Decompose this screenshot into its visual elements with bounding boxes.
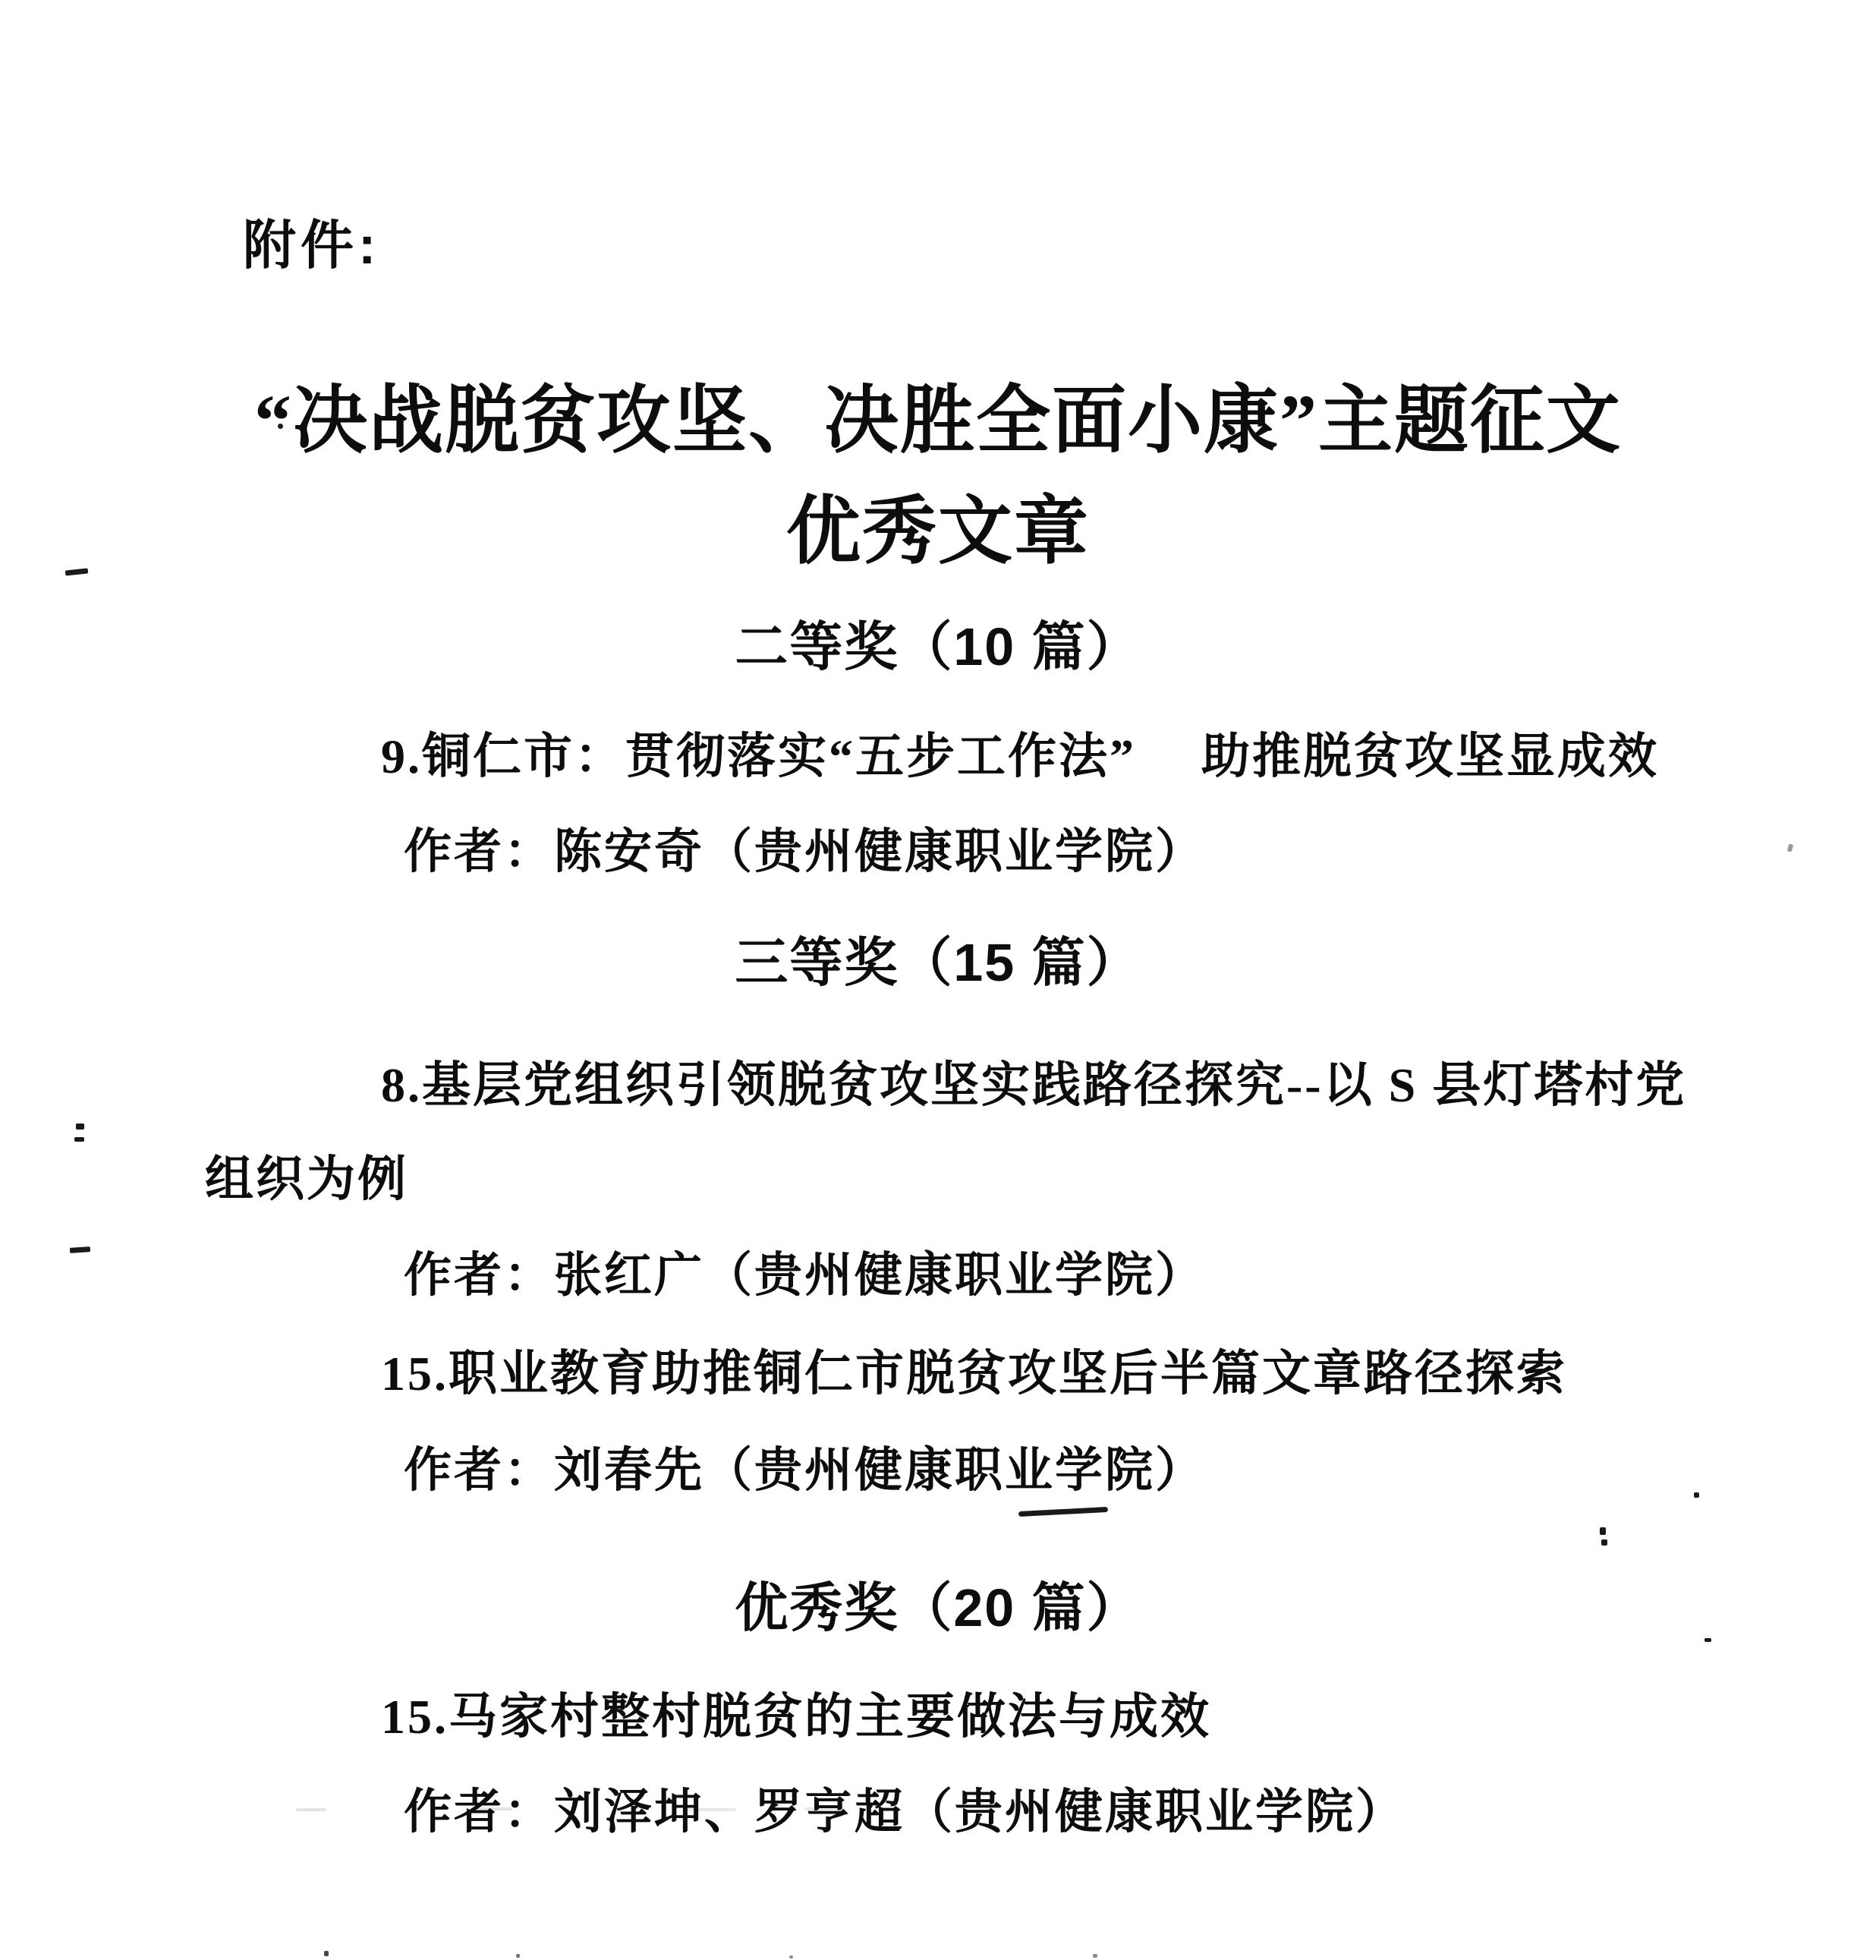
scan-artifact: [804, 1807, 839, 1810]
article-title: 8.基层党组织引领脱贫攻坚实践路径探究--以 S 县灯塔村党组织为例: [205, 1038, 1696, 1227]
scan-artifact: [789, 1955, 793, 1958]
article-title: 9.铜仁市：贯彻落实“五步工作法” 助推脱贫攻坚显成效: [205, 710, 1696, 804]
section-heading-third-prize: 三等奖（15 篇）: [0, 932, 1876, 993]
scan-artifact: [471, 1807, 512, 1810]
scan-artifact: [296, 1808, 326, 1811]
section-heading-second-prize: 二等奖（10 篇）: [0, 616, 1876, 677]
scan-artifact: [74, 1137, 84, 1142]
attachment-label: 附件:: [243, 211, 380, 279]
scan-artifact: [1093, 1954, 1097, 1958]
article-title: 15.马家村整村脱贫的主要做法与成效: [205, 1670, 1696, 1764]
article-author: 作者：刘春先（贵州健康职业学院）: [404, 1423, 1205, 1517]
document-title-line-2: 优秀文章: [0, 477, 1876, 588]
scan-artifact: [1694, 1492, 1699, 1498]
scan-artifact: [683, 1808, 736, 1811]
scanned-document-page: 附件: “决战脱贫攻坚、决胜全面小康”主题征文 优秀文章 二等奖（10 篇） 9…: [0, 0, 1876, 1960]
scan-artifact: [1787, 843, 1793, 852]
scan-artifact: [76, 1123, 84, 1130]
article-author: 作者：陈安奇（贵州健康职业学院）: [404, 805, 1205, 899]
scan-artifact: [516, 1954, 520, 1958]
article-author: 作者：张红广（贵州健康职业学院）: [404, 1228, 1205, 1322]
document-title-line-1: “决战脱贫攻坚、决胜全面小康”主题征文: [0, 366, 1876, 477]
section-heading-excellence-award: 优秀奖（20 篇）: [0, 1577, 1876, 1638]
article-author: 作者：刘泽坤、罗亨超（贵州健康职业学院）: [404, 1765, 1405, 1859]
document-title: “决战脱贫攻坚、决胜全面小康”主题征文 优秀文章: [0, 366, 1876, 588]
scan-artifact: [1600, 1527, 1606, 1535]
scan-artifact: [1704, 1638, 1711, 1642]
article-title: 15.职业教育助推铜仁市脱贫攻坚后半篇文章路径探索: [205, 1327, 1696, 1421]
scan-artifact: [1601, 1539, 1607, 1546]
scan-artifact: [324, 1951, 329, 1956]
scan-artifact: [278, 424, 283, 429]
scan-artifact: [70, 1246, 90, 1253]
